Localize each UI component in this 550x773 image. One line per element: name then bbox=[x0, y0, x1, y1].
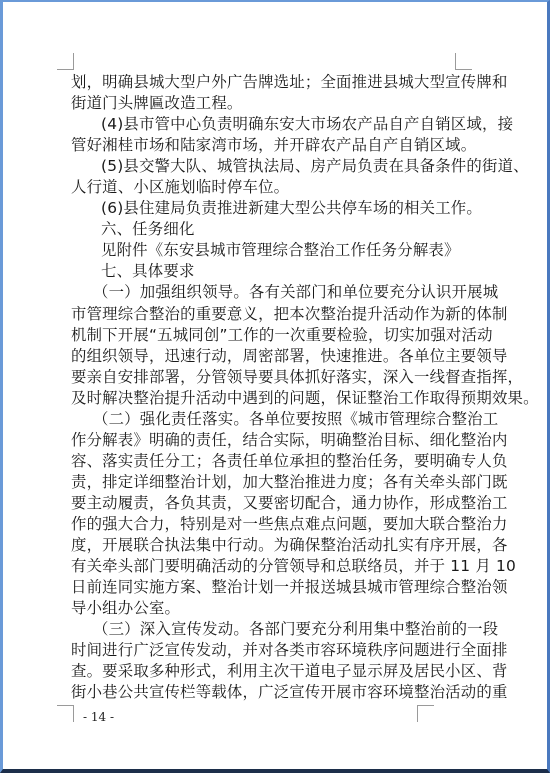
document-body: 划，明确县城大型户外广告牌选址；全面推进县城大型宣传牌和街道门头牌匾改造工程。(… bbox=[71, 72, 455, 703]
text-line: 划，明确县城大型户外广告牌选址；全面推进县城大型宣传牌和 bbox=[71, 72, 455, 93]
margin-corner-mark-bottom-left bbox=[57, 705, 74, 722]
text-line: （一）加强组织领导。各有关部门和单位要充分认识开展城 bbox=[71, 282, 455, 303]
margin-corner-mark-top-left bbox=[57, 53, 74, 70]
document-page-frame: 划，明确县城大型户外广告牌选址；全面推进县城大型宣传牌和街道门头牌匾改造工程。(… bbox=[0, 0, 550, 773]
text-line: 七、具体要求 bbox=[71, 261, 455, 282]
text-line: 街小巷公共宣传栏等载体，广泛宣传开展市容环境整治活动的重 bbox=[71, 682, 455, 703]
text-line: 时间进行广泛宣传发动，并对各类市容环境秩序问题进行全面排 bbox=[71, 640, 455, 661]
text-line: 见附件《东安县城市管理综合整治工作任务分解表》 bbox=[71, 240, 455, 261]
text-line: 的组织领导，迅速行动，周密部署，快速推进。各单位主要领导 bbox=[71, 346, 455, 367]
text-line: 度，开展联合执法集中行动。为确保整治活动扎实有序开展，各 bbox=[71, 535, 455, 556]
text-line: 作分解表》明确的责任，结合实际，明确整治目标、细化整治内 bbox=[71, 430, 455, 451]
text-line: 市管理综合整治的重要意义，把本次整治提升活动作为新的体制 bbox=[71, 304, 455, 325]
text-line: 机制下开展“五城同创”工作的一次重要检验，切实加强对活动 bbox=[71, 325, 455, 346]
text-line: 街道门头牌匾改造工程。 bbox=[71, 93, 455, 114]
text-line: 导小组办公室。 bbox=[71, 598, 455, 619]
margin-corner-mark-bottom-right bbox=[417, 705, 434, 722]
text-line: 有关牵头部门要明确活动的分管领导和总联络员，并于 11 月 10 bbox=[71, 556, 455, 577]
text-line: 要主动履责，各负其责，又要密切配合，通力协作，形成整治工 bbox=[71, 493, 455, 514]
text-line: 管好湘桂市场和陆家湾市场，并开辟农产品自产自销区域。 bbox=[71, 135, 455, 156]
page-number: - 14 - bbox=[83, 710, 114, 724]
text-line: （三）深入宣传发动。各部门要充分利用集中整治前的一段 bbox=[71, 619, 455, 640]
text-line: (5)县交警大队、城管执法局、房产局负责在具备条件的街道、 bbox=[71, 156, 455, 177]
text-line: 责，排定详细整治计划，加大整治推进力度；各有关牵头部门既 bbox=[71, 472, 455, 493]
text-line: 容、落实责任分工；各责任单位承担的整治任务，要明确专人负 bbox=[71, 451, 455, 472]
text-line: 要亲自安排部署，分管领导要具体抓好落实，深入一线督查指挥， bbox=[71, 367, 455, 388]
text-line: 作的强大合力，特别是对一些焦点难点问题，要加大联合整治力 bbox=[71, 514, 455, 535]
margin-corner-mark-top-right bbox=[455, 53, 472, 70]
text-line: (6)县住建局负责推进新建大型公共停车场的相关工作。 bbox=[71, 198, 455, 219]
text-line: 及时解决整治提升活动中遇到的问题，保证整治工作取得预期效果。 bbox=[71, 388, 455, 409]
text-line: （二）强化责任落实。各单位要按照《城市管理综合整治工 bbox=[71, 409, 455, 430]
text-line: 人行道、小区施划临时停车位。 bbox=[71, 177, 455, 198]
text-line: 查。要采取多种形式，利用主次干道电子显示屏及居民小区、背 bbox=[71, 661, 455, 682]
text-line: 日前连同实施方案、整治计划一并报送城县城市管理综合整治领 bbox=[71, 577, 455, 598]
text-line: 六、任务细化 bbox=[71, 219, 455, 240]
text-line: (4)县市管中心负责明确东安大市场农产品自产自销区域，接 bbox=[71, 114, 455, 135]
